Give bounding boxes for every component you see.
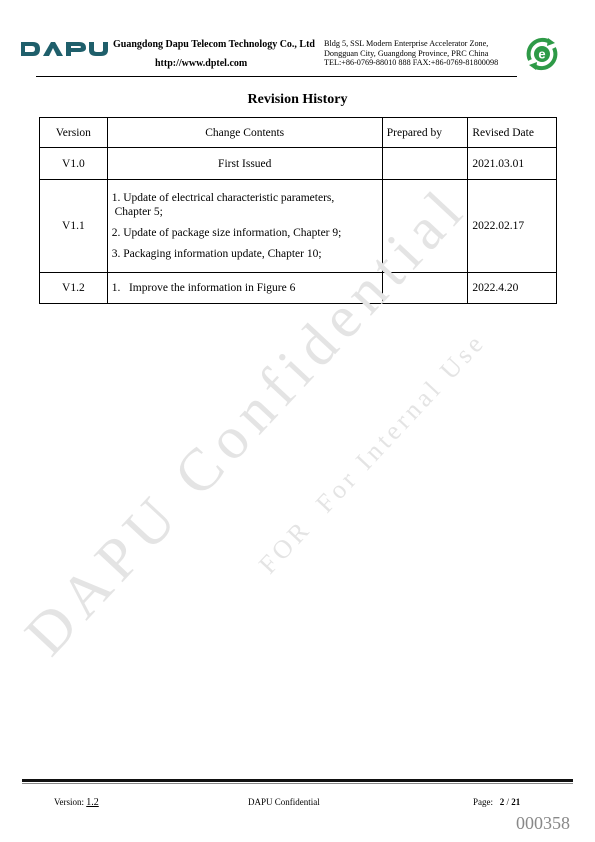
page-total: 21 — [511, 797, 520, 807]
cell-revised-date: 2022.4.20 — [468, 273, 557, 304]
version-label: Version: — [54, 797, 86, 807]
cell-change-contents: 1. Improve the information in Figure 6 — [107, 273, 382, 304]
column-header-prepared-by: Prepared by — [382, 118, 468, 148]
dapu-logo-icon — [21, 39, 109, 57]
cell-change-contents: 1. Update of electrical characteristic p… — [107, 180, 382, 273]
header-divider — [36, 76, 517, 77]
change-item: 2. Update of package size information, C… — [112, 226, 378, 240]
watermark-internal-use: FOR For Internal Use — [253, 327, 492, 580]
table-row: V1.2 1. Improve the information in Figur… — [40, 273, 557, 304]
cell-prepared-by — [382, 180, 468, 273]
column-header-version: Version — [40, 118, 108, 148]
table-row: V1.0 First Issued 2021.03.01 — [40, 148, 557, 180]
cell-change-contents: First Issued — [107, 148, 382, 180]
address-line: TEL:+86-0769-88010 888 FAX:+86-0769-8180… — [324, 58, 498, 68]
page-current: 2 — [500, 797, 505, 807]
cell-version: V1.2 — [40, 273, 108, 304]
footer-page-number: Page: 2 / 21 — [473, 797, 520, 807]
cell-revised-date: 2021.03.01 — [468, 148, 557, 180]
eco-e-recycle-icon: e — [524, 36, 560, 72]
cell-version: V1.1 — [40, 180, 108, 273]
document-number: 000358 — [516, 813, 570, 834]
page-separator: / — [507, 797, 510, 807]
cell-revised-date: 2022.02.17 — [468, 180, 557, 273]
company-name: Guangdong Dapu Telecom Technology Co., L… — [113, 39, 315, 50]
change-item: 1. Update of electrical characteristic p… — [112, 191, 378, 205]
revision-history-table: Version Change Contents Prepared by Revi… — [39, 117, 557, 304]
svg-text:e: e — [538, 47, 545, 62]
footer-divider-thin — [22, 783, 573, 784]
cell-prepared-by — [382, 273, 468, 304]
column-header-revised-date: Revised Date — [468, 118, 557, 148]
column-header-change-contents: Change Contents — [107, 118, 382, 148]
address-line: Dongguan City, Guangdong Province, PRC C… — [324, 49, 498, 59]
change-item: 3. Packaging information update, Chapter… — [112, 247, 378, 261]
footer-confidential: DAPU Confidential — [248, 797, 320, 807]
company-website: http://www.dptel.com — [155, 58, 247, 69]
change-item-continuation: Chapter 5; — [112, 205, 378, 219]
table-header-row: Version Change Contents Prepared by Revi… — [40, 118, 557, 148]
company-address: Bldg 5, SSL Modern Enterprise Accelerato… — [324, 39, 498, 68]
footer-divider — [22, 779, 573, 782]
cell-version: V1.0 — [40, 148, 108, 180]
table-row: V1.1 1. Update of electrical characteris… — [40, 180, 557, 273]
cell-prepared-by — [382, 148, 468, 180]
page-label: Page: — [473, 797, 493, 807]
footer-version: Version: 1.2 — [54, 797, 99, 808]
page-title: Revision History — [0, 92, 595, 108]
version-value: 1.2 — [86, 797, 99, 808]
address-line: Bldg 5, SSL Modern Enterprise Accelerato… — [324, 39, 498, 49]
page-header: Guangdong Dapu Telecom Technology Co., L… — [0, 0, 595, 80]
